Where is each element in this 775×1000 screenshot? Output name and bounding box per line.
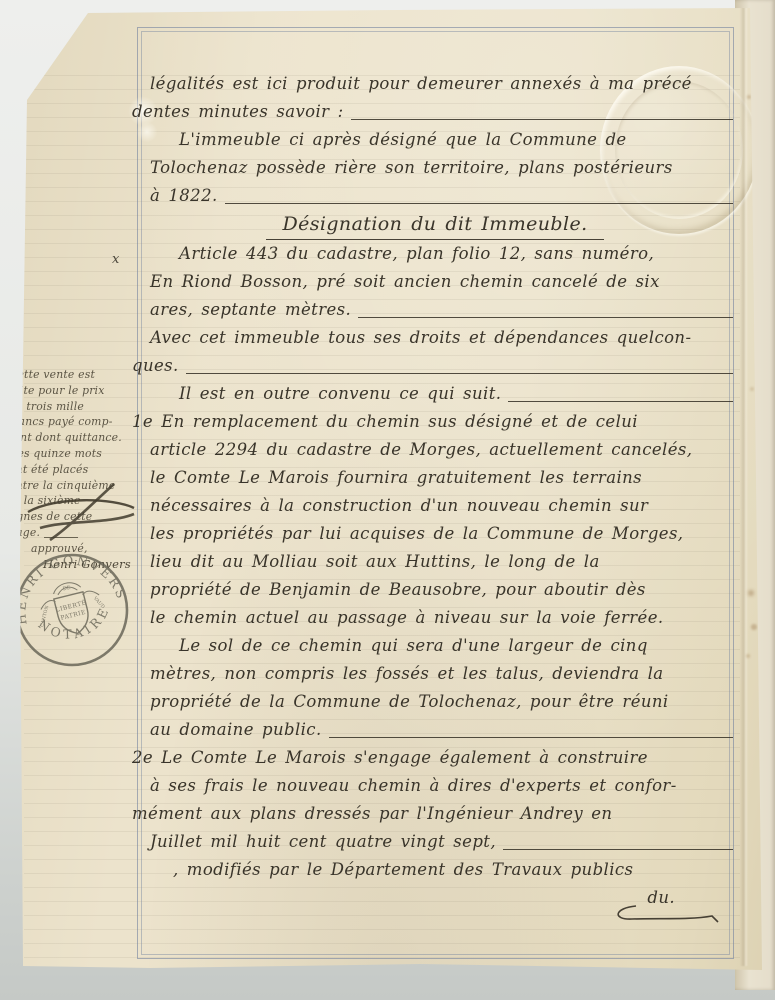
text-line: propriété de Benjamin de Beausobre, pour…: [137, 576, 733, 604]
text-line-content: ques.: [132, 352, 179, 380]
text-line: 2e Le Comte Le Marois s'engage également…: [132, 744, 733, 772]
text-line-content: le Comte Le Marois fournira gratuitement…: [150, 464, 642, 492]
text-line: lieu dit au Molliau soit aux Huttins, le…: [137, 548, 733, 576]
text-line: Juillet mil huit cent quatre vingt sept,: [137, 828, 733, 856]
text-line-content: propriété de Benjamin de Beausobre, pour…: [150, 576, 646, 604]
annotation-line-content: Cette vente est: [9, 367, 95, 383]
document-page: x légalités est ici produit pour demeure…: [0, 0, 775, 1000]
text-line: , modifiés par le Département des Travau…: [137, 856, 733, 884]
text-line-content: Avec cet immeuble tous ses droits et dép…: [150, 324, 691, 352]
text-line: En Riond Bosson, pré soit ancien chemin …: [137, 268, 733, 296]
text-line-content: Il est en outre convenu ce qui suit.: [179, 380, 501, 408]
catchword-flourish: [606, 900, 724, 928]
annotation-line-content: faite pour le prix: [9, 383, 105, 399]
text-line: dentes minutes savoir :: [132, 98, 733, 126]
text-line: à 1822.: [137, 182, 733, 210]
text-line: mètres, non compris les fossés et les ta…: [137, 660, 733, 688]
text-line-content: les propriétés par lui acquises de la Co…: [150, 520, 683, 548]
text-line-content: Le sol de ce chemin qui sera d'une large…: [179, 632, 648, 660]
text-line-content: Article 443 du cadastre, plan folio 12, …: [179, 240, 654, 268]
text-line: Le sol de ce chemin qui sera d'une large…: [137, 632, 733, 660]
text-line-content: mément aux plans dressés par l'Ingénieur…: [132, 800, 612, 828]
edge-speckles: [0, 0, 2, 2]
text-line: mément aux plans dressés par l'Ingénieur…: [132, 800, 733, 828]
text-line-content: 1e En remplacement du chemin sus désigné…: [132, 408, 638, 436]
text-line: Article 443 du cadastre, plan folio 12, …: [137, 240, 733, 268]
text-line-content: Tolochenaz possède rière son territoire,…: [150, 154, 673, 182]
text-line-content: article 2294 du cadastre de Morges, actu…: [150, 436, 692, 464]
text-line-content: propriété de la Commune de Tolochenaz, p…: [150, 688, 669, 716]
text-line: ques.: [132, 352, 733, 380]
annotation-line: tant dont quittance.: [9, 430, 135, 446]
text-line-content: L'immeuble ci après désigné que la Commu…: [179, 126, 627, 154]
text-line-content: lieu dit au Molliau soit aux Huttins, le…: [150, 548, 600, 576]
text-line-content: nécessaires à la construction d'un nouve…: [150, 492, 648, 520]
text-line-content: le chemin actuel au passage à niveau sur…: [150, 604, 664, 632]
text-line: au domaine public.: [137, 716, 733, 744]
text-line-content: ares, septante mètres.: [150, 296, 351, 324]
text-line-content: légalités est ici produit pour demeurer …: [150, 70, 692, 98]
fill-rule: [358, 317, 733, 318]
text-line: 1e En remplacement du chemin sus désigné…: [132, 408, 733, 436]
edge-crease: [740, 6, 748, 966]
text-line: Il est en outre convenu ce qui suit.: [137, 380, 733, 408]
text-line: à ses frais le nouveau chemin à dires d'…: [137, 772, 733, 800]
text-line: L'immeuble ci après désigné que la Commu…: [137, 126, 733, 154]
annotation-line-content: tant dont quittance.: [9, 430, 122, 446]
text-line: ares, septante mètres.: [137, 296, 733, 324]
annotation-line: Ces quinze mots: [9, 446, 135, 462]
fill-rule: [329, 737, 733, 738]
section-heading: Désignation du dit Immeuble.: [137, 210, 733, 240]
text-line-content: En Riond Bosson, pré soit ancien chemin …: [150, 268, 660, 296]
annotation-line-content: de trois mille: [9, 399, 84, 415]
scanned-document: x légalités est ici produit pour demeure…: [0, 0, 775, 1000]
text-line: Tolochenaz possède rière son territoire,…: [137, 154, 733, 182]
annotation-line: de trois mille: [9, 399, 135, 415]
text-line-content: Désignation du dit Immeuble.: [266, 210, 603, 240]
text-line-content: à ses frais le nouveau chemin à dires d'…: [150, 772, 677, 800]
fill-rule: [351, 119, 733, 120]
text-line: les propriétés par lui acquises de la Co…: [137, 520, 733, 548]
text-line-content: au domaine public.: [150, 716, 322, 744]
text-line-content: dentes minutes savoir :: [132, 98, 344, 126]
annotation-line: Cette vente est: [9, 367, 135, 383]
text-line: article 2294 du cadastre de Morges, actu…: [137, 436, 733, 464]
text-line: le chemin actuel au passage à niveau sur…: [137, 604, 733, 632]
annotation-line: francs payé comp-: [9, 414, 135, 430]
annotation-line-content: Ces quinze mots: [9, 446, 102, 462]
text-line: propriété de la Commune de Tolochenaz, p…: [137, 688, 733, 716]
fill-rule: [508, 401, 733, 402]
text-line-content: à 1822.: [150, 182, 218, 210]
annotation-line: ont été placés: [9, 462, 135, 478]
text-line-content: , modifiés par le Département des Travau…: [173, 856, 633, 884]
fill-rule: [186, 373, 733, 374]
text-line: légalités est ici produit pour demeurer …: [137, 70, 733, 98]
text-line-content: 2e Le Comte Le Marois s'engage également…: [132, 744, 648, 772]
text-line: Avec cet immeuble tous ses droits et dép…: [137, 324, 733, 352]
handwritten-text: légalités est ici produit pour demeurer …: [137, 70, 733, 912]
text-line-content: mètres, non compris les fossés et les ta…: [150, 660, 664, 688]
signature-paraph: [22, 478, 142, 546]
text-line: le Comte Le Marois fournira gratuitement…: [137, 464, 733, 492]
annotation-line-content: ont été placés: [9, 462, 88, 478]
margin-x-mark: x: [112, 252, 119, 267]
fill-rule: [225, 203, 733, 204]
annotation-line-content: francs payé comp-: [9, 414, 113, 430]
text-line-content: Juillet mil huit cent quatre vingt sept,: [150, 828, 496, 856]
fill-rule: [503, 849, 733, 850]
stamp-ribbon-de: DE: [62, 585, 71, 593]
text-line: nécessaires à la construction d'un nouve…: [137, 492, 733, 520]
annotation-line: faite pour le prix: [9, 383, 135, 399]
